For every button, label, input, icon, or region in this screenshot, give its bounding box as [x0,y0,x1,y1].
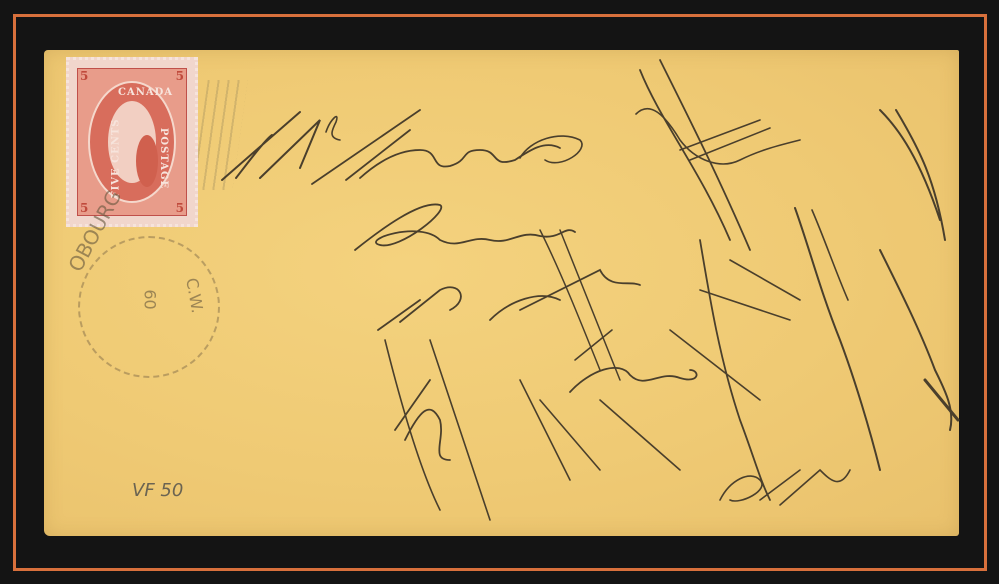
pencil-grade-note: VF 50 [132,480,183,501]
